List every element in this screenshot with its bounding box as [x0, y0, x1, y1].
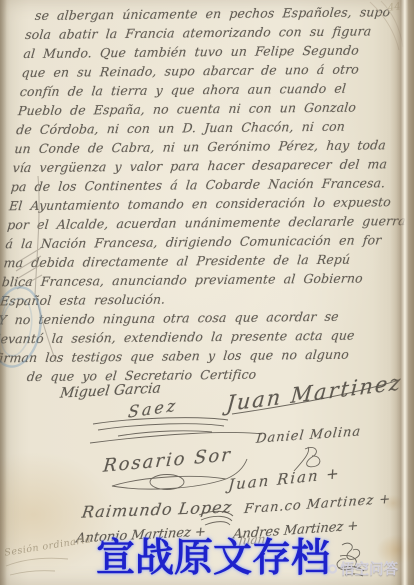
- watermark-label: 悟空问答: [340, 558, 398, 579]
- signature-rosario-sor: Rosario Sor: [102, 444, 232, 476]
- signature-francisco-martinez: Fran.co Martinez +: [243, 492, 392, 517]
- page-curl-edge: [390, 0, 414, 585]
- scanned-document-page: 44 se albergan únicamente en pechos Espa…: [0, 0, 414, 585]
- page-left-edge: [0, 0, 7, 585]
- signature-daniel-molina: Daniel Molina: [255, 424, 362, 446]
- signature-juan-rian: Juan Rian +: [228, 464, 342, 494]
- signature-raimundo-lopez: Raimundo Lopez: [81, 497, 234, 521]
- margin-note: Sesión ordinaria: [4, 534, 92, 559]
- signature-saez-rubric: Saez: [127, 395, 179, 421]
- manuscript-text-block: se albergan únicamente en pechos Español…: [0, 2, 398, 386]
- caption-chinese: 宣战原文存档: [96, 539, 330, 578]
- pencil-scrawl: [6, 558, 68, 575]
- watermark: 悟空问答: [319, 558, 398, 579]
